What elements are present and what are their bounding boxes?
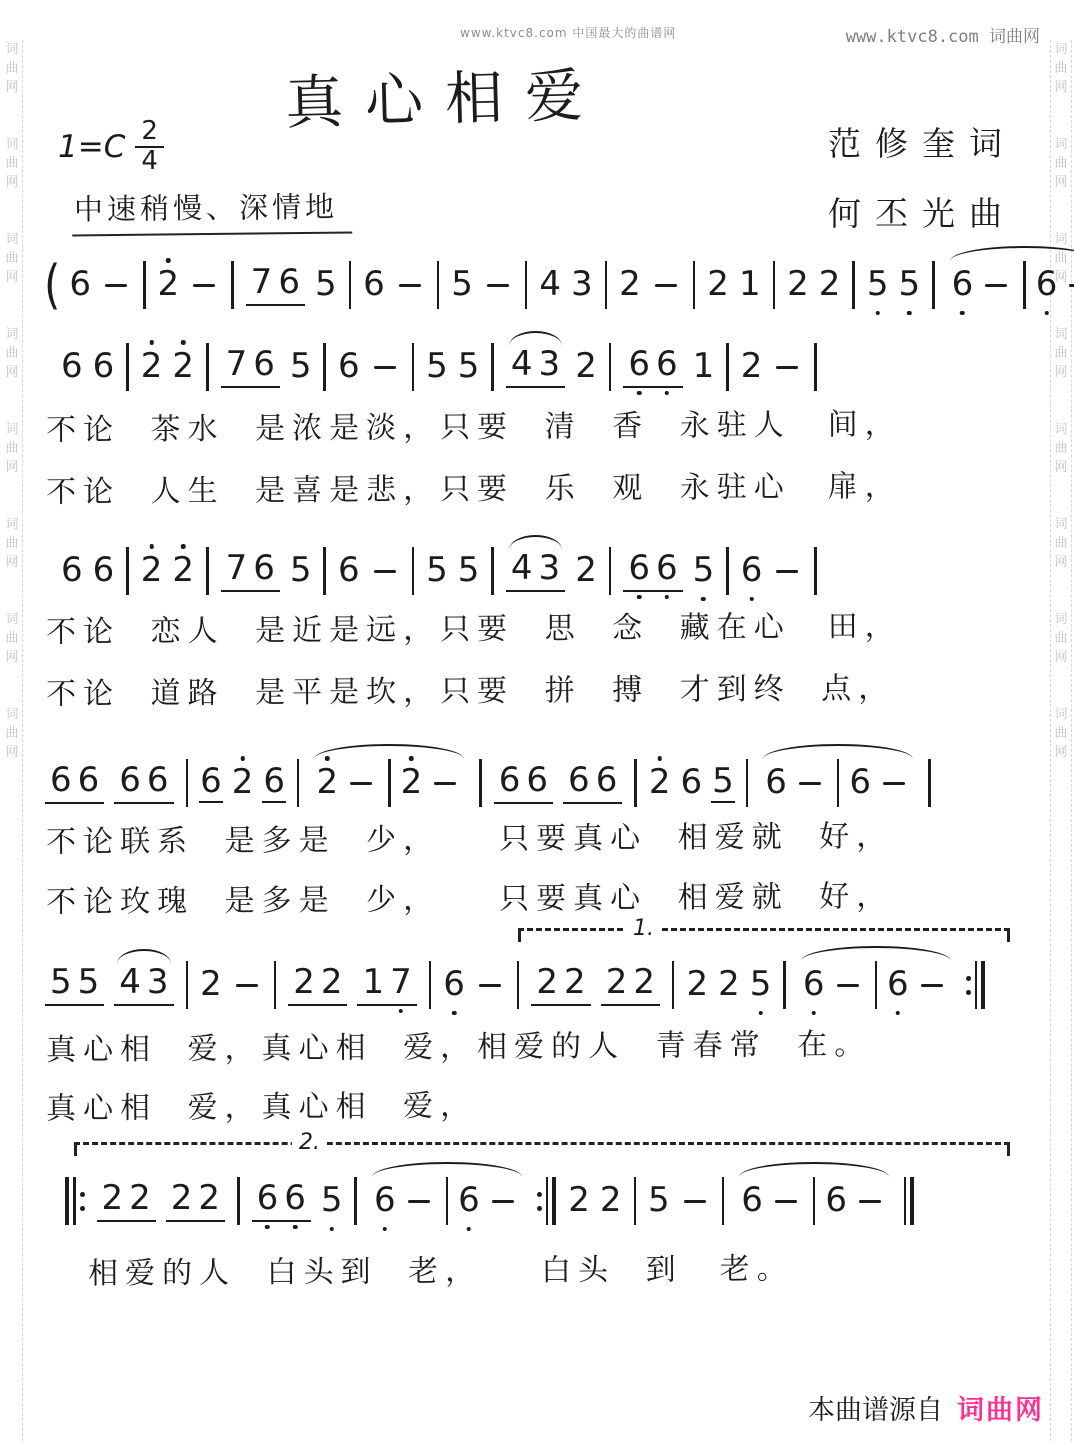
lyric-line-7: 真心相 爱，真心相 爱，相爱的人 青春常 在。 xyxy=(46,1019,871,1069)
tempo-marking: 中速稍慢、深情地 xyxy=(72,185,353,237)
lyric-line-1: 不论 茶水 是浓是淡，只要 清 香 永驻人 间， xyxy=(46,399,902,449)
key-time-signature: 1=C 2 4 xyxy=(58,118,164,176)
notation-line-ending-2: 22226656622566 xyxy=(58,1168,921,1234)
footer-brand-link: 词曲网 xyxy=(957,1388,1044,1427)
time-denominator: 4 xyxy=(141,148,158,175)
song-title: 真心相爱 xyxy=(284,48,606,140)
notation-line-verse-2: 66227656554326656 xyxy=(56,538,824,604)
notation-line-intro: (627656543221225566) xyxy=(40,252,1074,318)
key-signature: 1=C xyxy=(58,129,125,165)
volta-2-label: 2. xyxy=(292,1130,327,1155)
lyric-line-8: 真心相 爱，真心相 爱， xyxy=(46,1080,477,1127)
footer-source: 本曲谱源自 词曲网 xyxy=(808,1388,1044,1427)
composer-credit: 何丕光曲 xyxy=(828,188,1016,235)
lyric-line-2: 不论 人生 是喜是悲，只要 乐 观 永驻心 扉， xyxy=(46,461,902,511)
volta-1-label: 1. xyxy=(626,916,661,941)
lyric-line-9: 相爱的人 白头到 老， 白头 到 老。 xyxy=(88,1244,794,1293)
top-right-watermark: www.ktvc8.com 词曲网 xyxy=(846,22,1040,47)
time-signature: 2 4 xyxy=(135,118,164,176)
left-side-watermark: 词 曲 网 词 曲 网 词 曲 网 词 曲 网 词 曲 网 词 曲 网 词 曲 … xyxy=(2,40,23,1441)
notation-line-ending-1: 5543222176222222566 xyxy=(40,952,992,1018)
notation-line-verse-1: 66227656554326612 xyxy=(56,334,824,400)
lyric-line-3: 不论 恋人 是近是远，只要 思 念 藏在心 田， xyxy=(46,601,902,651)
footer-source-text: 本曲谱源自 xyxy=(808,1388,943,1427)
sheet-music-page: 词 曲 网 词 曲 网 词 曲 网 词 曲 网 词 曲 网 词 曲 网 词 曲 … xyxy=(0,0,1074,1451)
lyric-line-6: 不论玫瑰 是多是 少， 只要真心 相爱就 好， xyxy=(46,871,893,921)
lyric-line-4: 不论 道路 是平是坎，只要 拼 搏 才到终 点， xyxy=(46,663,896,713)
volta-bracket-2: 2. xyxy=(74,1142,1010,1161)
notation-line-chorus: 666662622666626566 xyxy=(40,750,938,816)
time-numerator: 2 xyxy=(135,118,164,148)
lyric-line-5: 不论联系 是多是 少， 只要真心 相爱就 好， xyxy=(46,811,893,861)
lyricist-credit: 范修奎词 xyxy=(828,118,1016,165)
top-center-watermark: www.ktvc8.com 中国最大的曲谱网 xyxy=(460,24,676,41)
volta-bracket-1: 1. xyxy=(518,928,1010,947)
